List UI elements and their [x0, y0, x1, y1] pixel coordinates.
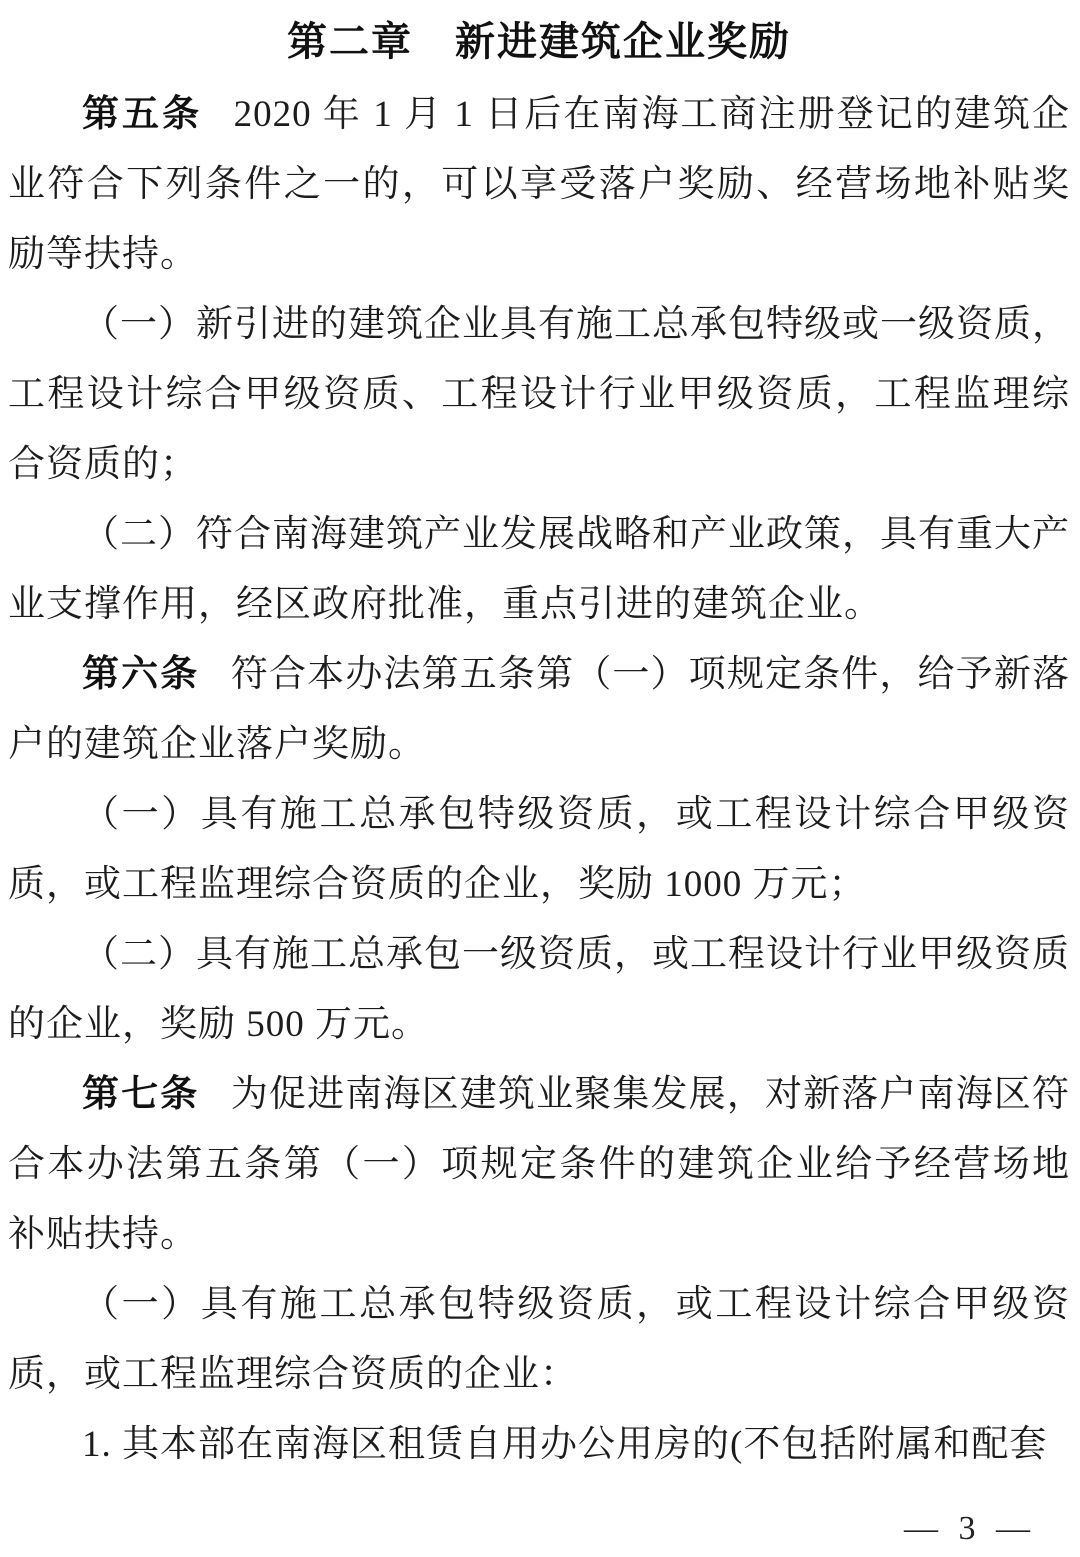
paragraph-article-5: 第五条2020 年 1 月 1 日后在南海工商注册登记的建筑企业符合下列条件之一… [8, 80, 1070, 290]
paragraph-text: （一）具有施工总承包特级资质，或工程设计综合甲级资质，或工程监理综合资质的企业，… [8, 794, 1070, 905]
chapter-title: 第二章 新进建筑企业奖励 [8, 14, 1070, 70]
paragraph-text: （二）符合南海建筑产业发展战略和产业政策，具有重大产业支撑作用，经区政府批准，重… [8, 514, 1070, 625]
article-6-label: 第六条 [82, 654, 199, 695]
paragraph-text: 1. 其本部在南海区租赁自用办公用房的(不包括附属和配套 [82, 1424, 1047, 1465]
paragraph-item-2-article-6: （二）具有施工总承包一级资质，或工程设计行业甲级资质的企业，奖励 500 万元。 [8, 920, 1070, 1060]
article-5-label: 第五条 [82, 94, 202, 135]
paragraph-item-1-article-7: （一）具有施工总承包特级资质，或工程设计综合甲级资质，或工程监理综合资质的企业： [8, 1270, 1070, 1410]
paragraph-text: （二）具有施工总承包一级资质，或工程设计行业甲级资质的企业，奖励 500 万元。 [8, 934, 1070, 1045]
paragraph-article-6: 第六条符合本办法第五条第（一）项规定条件，给予新落户的建筑企业落户奖励。 [8, 640, 1070, 780]
paragraph-item-1-article-6: （一）具有施工总承包特级资质，或工程设计综合甲级资质，或工程监理综合资质的企业，… [8, 780, 1070, 920]
paragraph-article-7: 第七条为促进南海区建筑业聚集发展，对新落户南海区符合本办法第五条第（一）项规定条… [8, 1060, 1070, 1270]
paragraph-text: （一）具有施工总承包特级资质，或工程设计综合甲级资质，或工程监理综合资质的企业： [8, 1284, 1070, 1395]
document-body: 第五条2020 年 1 月 1 日后在南海工商注册登记的建筑企业符合下列条件之一… [8, 80, 1070, 1480]
page-number: — 3 — [904, 1509, 1036, 1549]
paragraph-item-1: （一）新引进的建筑企业具有施工总承包特级或一级资质，工程设计综合甲级资质、工程设… [8, 290, 1070, 500]
paragraph-item-2: （二）符合南海建筑产业发展战略和产业政策，具有重大产业支撑作用，经区政府批准，重… [8, 500, 1070, 640]
article-7-label: 第七条 [82, 1074, 199, 1115]
paragraph-text: （一）新引进的建筑企业具有施工总承包特级或一级资质，工程设计综合甲级资质、工程设… [8, 304, 1070, 485]
document-page: 第二章 新进建筑企业奖励 第五条2020 年 1 月 1 日后在南海工商注册登记… [0, 0, 1080, 1557]
paragraph-subitem-1: 1. 其本部在南海区租赁自用办公用房的(不包括附属和配套 [8, 1410, 1070, 1480]
